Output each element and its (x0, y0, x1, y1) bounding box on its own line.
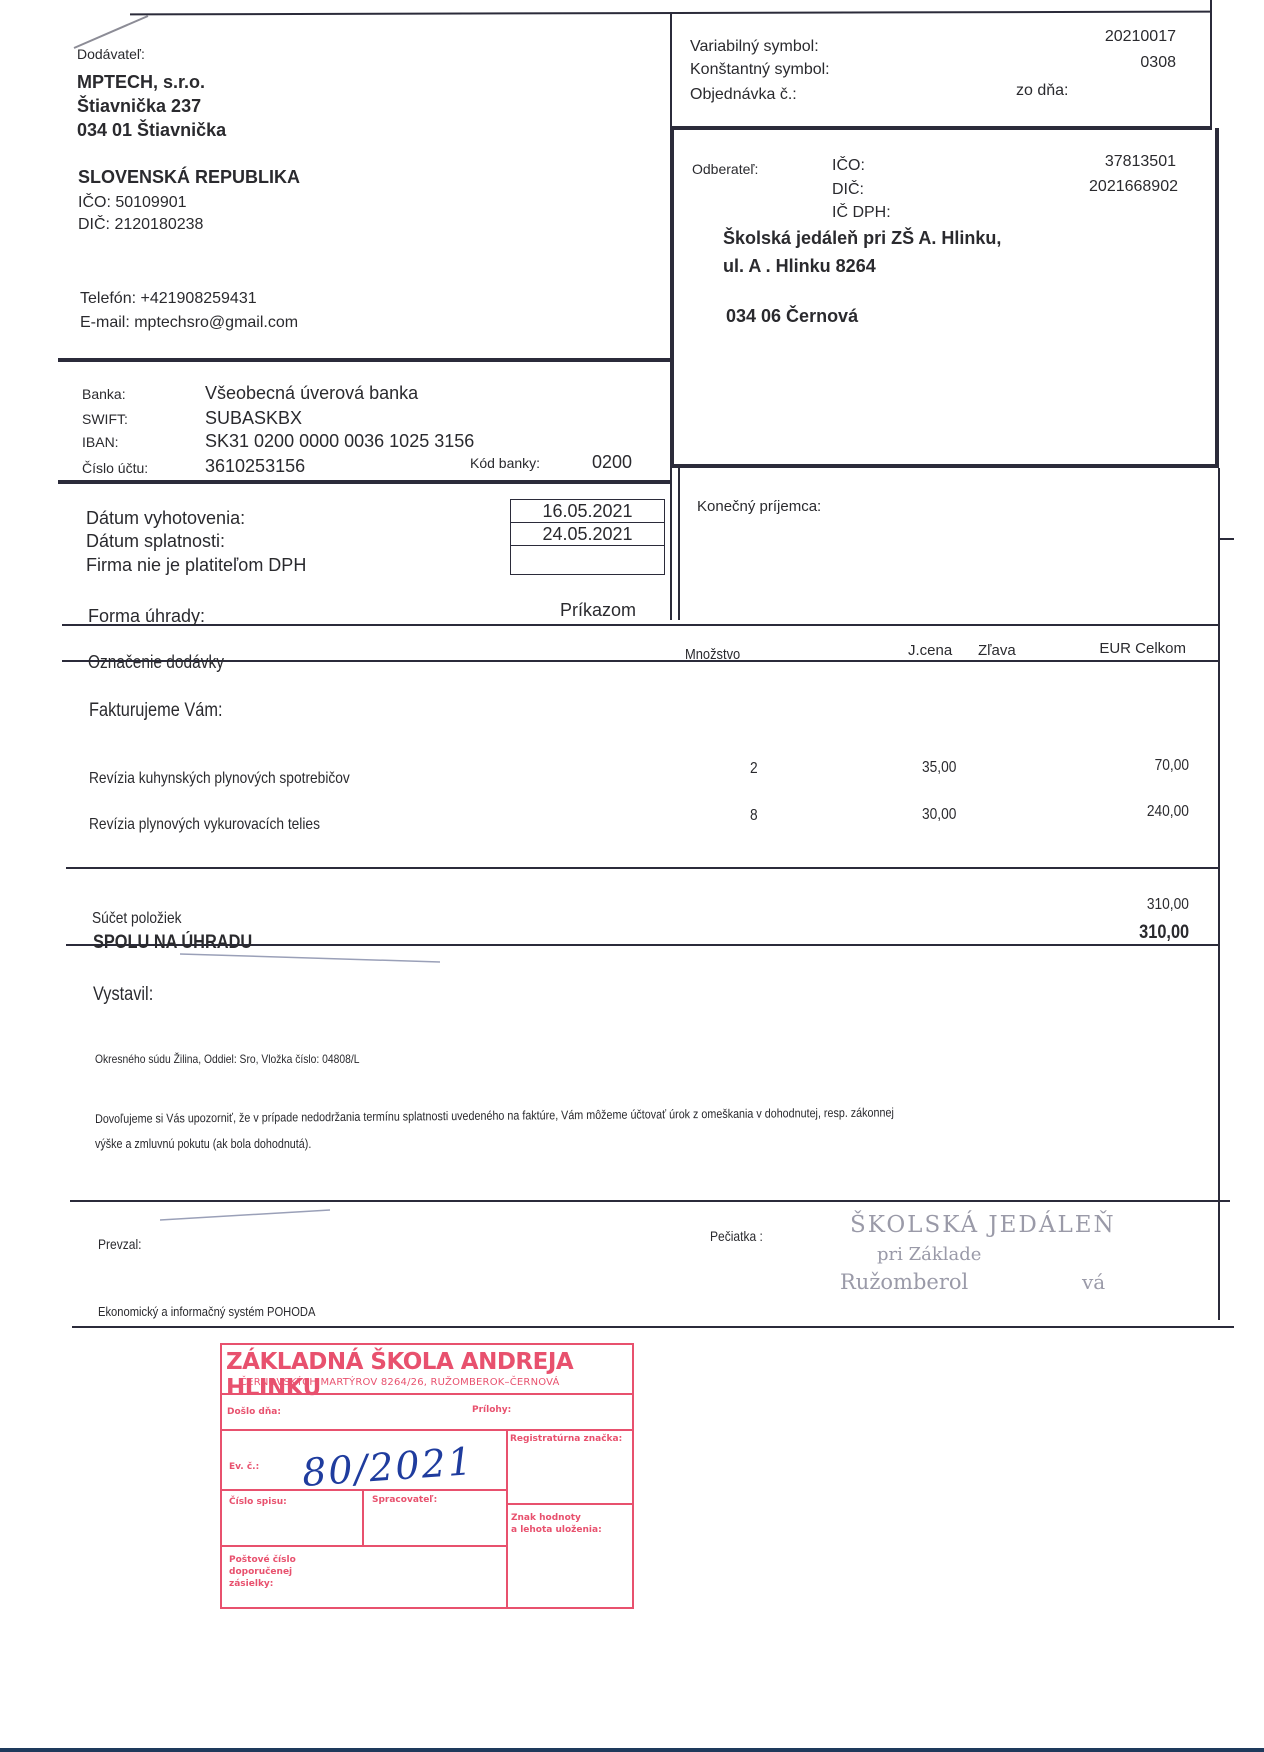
customer-name: Školská jedáleň pri ZŠ A. Hlinku, (723, 228, 1001, 249)
postal-label-1: Poštové číslo (229, 1555, 296, 1566)
stamp-rule (222, 1429, 632, 1431)
received-by-label: Prevzal: (98, 1236, 141, 1252)
bank-value: Všeobecná úverová banka (205, 383, 418, 404)
col-header-unit-price: J.cena (908, 642, 952, 659)
value-mark-label-2: a lehota uloženia: (511, 1525, 602, 1536)
bank-label: Banka: (82, 386, 126, 402)
file-number-label: Číslo spisu: (229, 1497, 287, 1508)
row-quantity: 2 (750, 760, 758, 778)
row-total: 240,00 (1147, 803, 1189, 821)
col-header-discount: Zľava (978, 642, 1016, 659)
supplier-city: 034 01 Štiavnička (77, 120, 226, 141)
gray-stamp-line2: pri Základe (877, 1244, 981, 1265)
order-number-label: Objednávka č.: (690, 86, 797, 104)
right-frame (1218, 468, 1220, 1320)
col-header-quantity: Množstvo (685, 646, 740, 663)
pen-scribble (60, 10, 160, 60)
row-description: Revízia plynových vykurovacích telies (89, 816, 320, 834)
ev-number-handwritten: 80/2021 (301, 1439, 476, 1495)
received-date-label: Došlo dňa: (227, 1407, 281, 1418)
issue-date-label: Dátum vyhotovenia: (86, 508, 245, 529)
late-payment-notice-line1: Dovoľujeme si Vás upozorniť, že v prípad… (95, 1106, 894, 1126)
stamp-rule (362, 1489, 364, 1545)
customer-box-right (1215, 128, 1219, 468)
customer-label: Odberateľ: (692, 161, 758, 177)
court-registration-note: Okresného súdu Žilina, Oddiel: Sro, Vlož… (95, 1052, 359, 1066)
symbols-right-border (1210, 0, 1212, 128)
gray-stamp-line1: ŠKOLSKÁ JEDÁLEŇ (850, 1212, 1116, 1238)
customer-ico-value: 37813501 (1105, 153, 1176, 171)
due-date-label: Dátum splatnosti: (86, 531, 225, 552)
payment-method-value: Príkazom (560, 600, 636, 621)
account-number-value: 3610253156 (205, 456, 305, 477)
issued-by-label: Vystavil: (93, 984, 153, 1006)
constant-symbol-value: 0308 (1140, 54, 1176, 72)
customer-icdph-label: IČ DPH: (832, 204, 891, 222)
supplier-dic: DIČ: 2120180238 (78, 216, 203, 234)
sum-label: Súčet položiek (92, 910, 181, 928)
software-note: Ekonomický a informačný systém POHODA (98, 1304, 315, 1319)
customer-street: ul. A . Hlinku 8264 (723, 256, 876, 277)
footer-divider (70, 1200, 1230, 1202)
customer-dic-value: 2021668902 (1089, 178, 1178, 196)
stamp-rule (222, 1545, 506, 1547)
supplier-phone: Telefón: +421908259431 (80, 290, 257, 308)
col-header-total: EUR Celkom (1099, 640, 1186, 657)
payment-divider (62, 624, 1220, 626)
row-unit-price: 35,00 (922, 759, 956, 777)
supplier-street: Štiavnička 237 (77, 96, 201, 117)
items-bottom-divider (66, 867, 1220, 869)
row-description: Revízia kuhynských plynových spotrebičov (89, 770, 350, 788)
supplier-bottom-border (58, 358, 672, 362)
grand-total-value: 310,00 (1139, 922, 1189, 944)
value-mark-label-1: Znak hodnoty (511, 1513, 581, 1524)
bank-code-label: Kód banky: (470, 455, 540, 471)
payment-method-label: Forma úhrady: (88, 606, 205, 627)
due-date-value: 24.05.2021 (510, 522, 665, 545)
late-payment-notice-line2: výške a zmluvnú pokutu (ak bola dohodnut… (95, 1137, 311, 1151)
row-quantity: 8 (750, 807, 758, 825)
variable-symbol-label: Variabilný symbol: (690, 38, 819, 56)
customer-box-bottom (674, 464, 1219, 468)
reg-mark-label: Registratúrna značka: (510, 1434, 622, 1445)
customer-dic-label: DIČ: (832, 181, 864, 199)
customer-box-left (670, 128, 674, 468)
swift-value: SUBASKBX (205, 408, 302, 429)
stamp-rule (506, 1429, 508, 1607)
supplier-email: E-mail: mptechsro@gmail.com (80, 314, 298, 332)
variable-symbol-value: 20210017 (1105, 28, 1176, 46)
registry-stamp: ZÁKLADNÁ ŠKOLA ANDREJA HLINKU ČERNOVSKÝC… (220, 1343, 634, 1609)
page-edge (0, 1748, 1264, 1752)
table-header-divider (62, 660, 1220, 662)
final-recipient-label: Konečný príjemca: (697, 498, 821, 515)
recipient-left-border (678, 468, 680, 620)
stamp-label: Pečiatka : (710, 1228, 763, 1244)
supplier-ico: IČO: 50109901 (78, 194, 187, 212)
supplier-name: MPTECH, s.r.o. (77, 72, 205, 93)
vat-note: Firma nie je platiteľom DPH (86, 555, 306, 576)
pen-scribble (160, 1208, 340, 1228)
gray-stamp-line3: Ružomberol (840, 1270, 968, 1294)
attachments-label: Prílohy: (472, 1405, 511, 1416)
postal-label-3: zásielky: (229, 1579, 273, 1590)
symbols-bottom-border (670, 126, 1212, 130)
postal-label-2: doporučenej (229, 1567, 292, 1578)
row-unit-price: 30,00 (922, 806, 956, 824)
swift-label: SWIFT: (82, 411, 128, 427)
empty-date-box (510, 545, 665, 575)
registry-stamp-subtitle: ČERNOVSKÝCH MARTÝROV 8264/26, RUŽOMBEROK… (240, 1377, 560, 1388)
footer-bottom-divider (72, 1326, 1234, 1328)
order-date-label: zo dňa: (1016, 82, 1068, 100)
bank-bottom-border (58, 480, 672, 484)
right-frame-tick (1220, 538, 1234, 540)
row-total: 70,00 (1155, 757, 1189, 775)
account-number-label: Číslo účtu: (82, 460, 148, 476)
constant-symbol-label: Konštantný symbol: (690, 61, 830, 79)
processor-label: Spracovateľ: (372, 1495, 437, 1506)
issue-date-value: 16.05.2021 (510, 499, 665, 522)
sum-value: 310,00 (1147, 896, 1189, 914)
iban-value: SK31 0200 0000 0036 1025 3156 (205, 431, 474, 452)
iban-label: IBAN: (82, 434, 119, 450)
ev-number-label: Ev. č.: (229, 1462, 259, 1473)
bank-code-value: 0200 (592, 452, 632, 473)
gray-stamp-line3-suffix: vá (1082, 1270, 1105, 1294)
stamp-rule (222, 1489, 506, 1491)
stamp-rule (506, 1503, 632, 1505)
pen-scribble (180, 950, 450, 970)
customer-city: 034 06 Černová (726, 306, 858, 327)
stamp-rule (222, 1393, 632, 1395)
supplier-country: SLOVENSKÁ REPUBLIKA (78, 167, 300, 188)
items-intro: Fakturujeme Vám: (89, 700, 223, 722)
customer-ico-label: IČO: (832, 157, 865, 175)
col-header-description: Označenie dodávky (88, 652, 224, 673)
